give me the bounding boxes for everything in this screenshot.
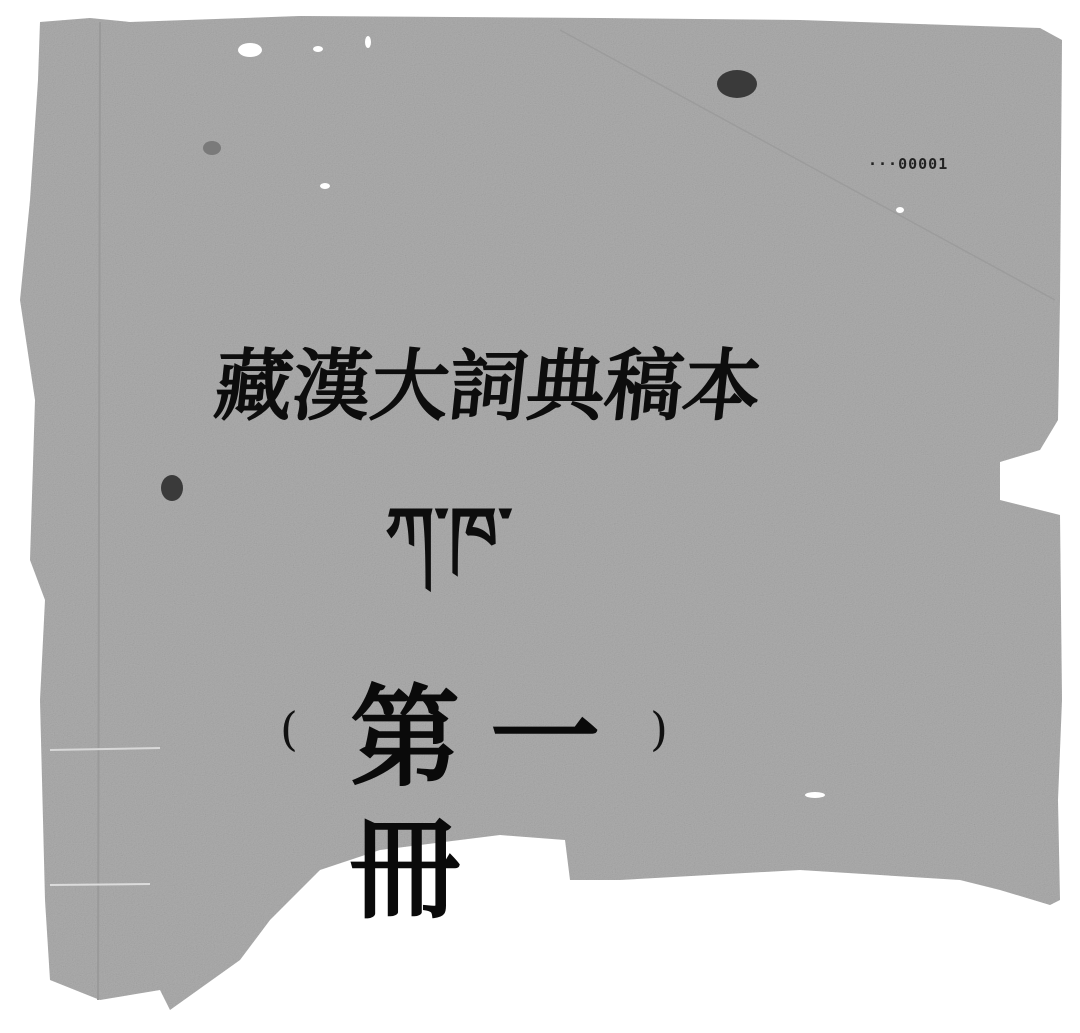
serial-stamp: ···00001 <box>868 155 948 173</box>
cover-title: 藏 漢 大 詞 典 稿 本 <box>215 348 755 426</box>
title-char: 稿 <box>601 348 687 426</box>
close-paren: ) <box>650 702 668 756</box>
title-char: 詞 <box>445 348 531 426</box>
title-char: 本 <box>679 348 765 426</box>
volume-label: ( 第一冊 ) <box>280 672 680 812</box>
volume-text: 第一冊 <box>350 672 680 936</box>
title-char: 典 <box>523 348 609 426</box>
title-char: 藏 <box>211 348 297 426</box>
title-char: 大 <box>367 348 453 426</box>
tibetan-subtitle: ཀ་ཁ་ <box>385 498 513 568</box>
title-char: 漢 <box>289 348 375 426</box>
open-paren: ( <box>280 702 298 756</box>
